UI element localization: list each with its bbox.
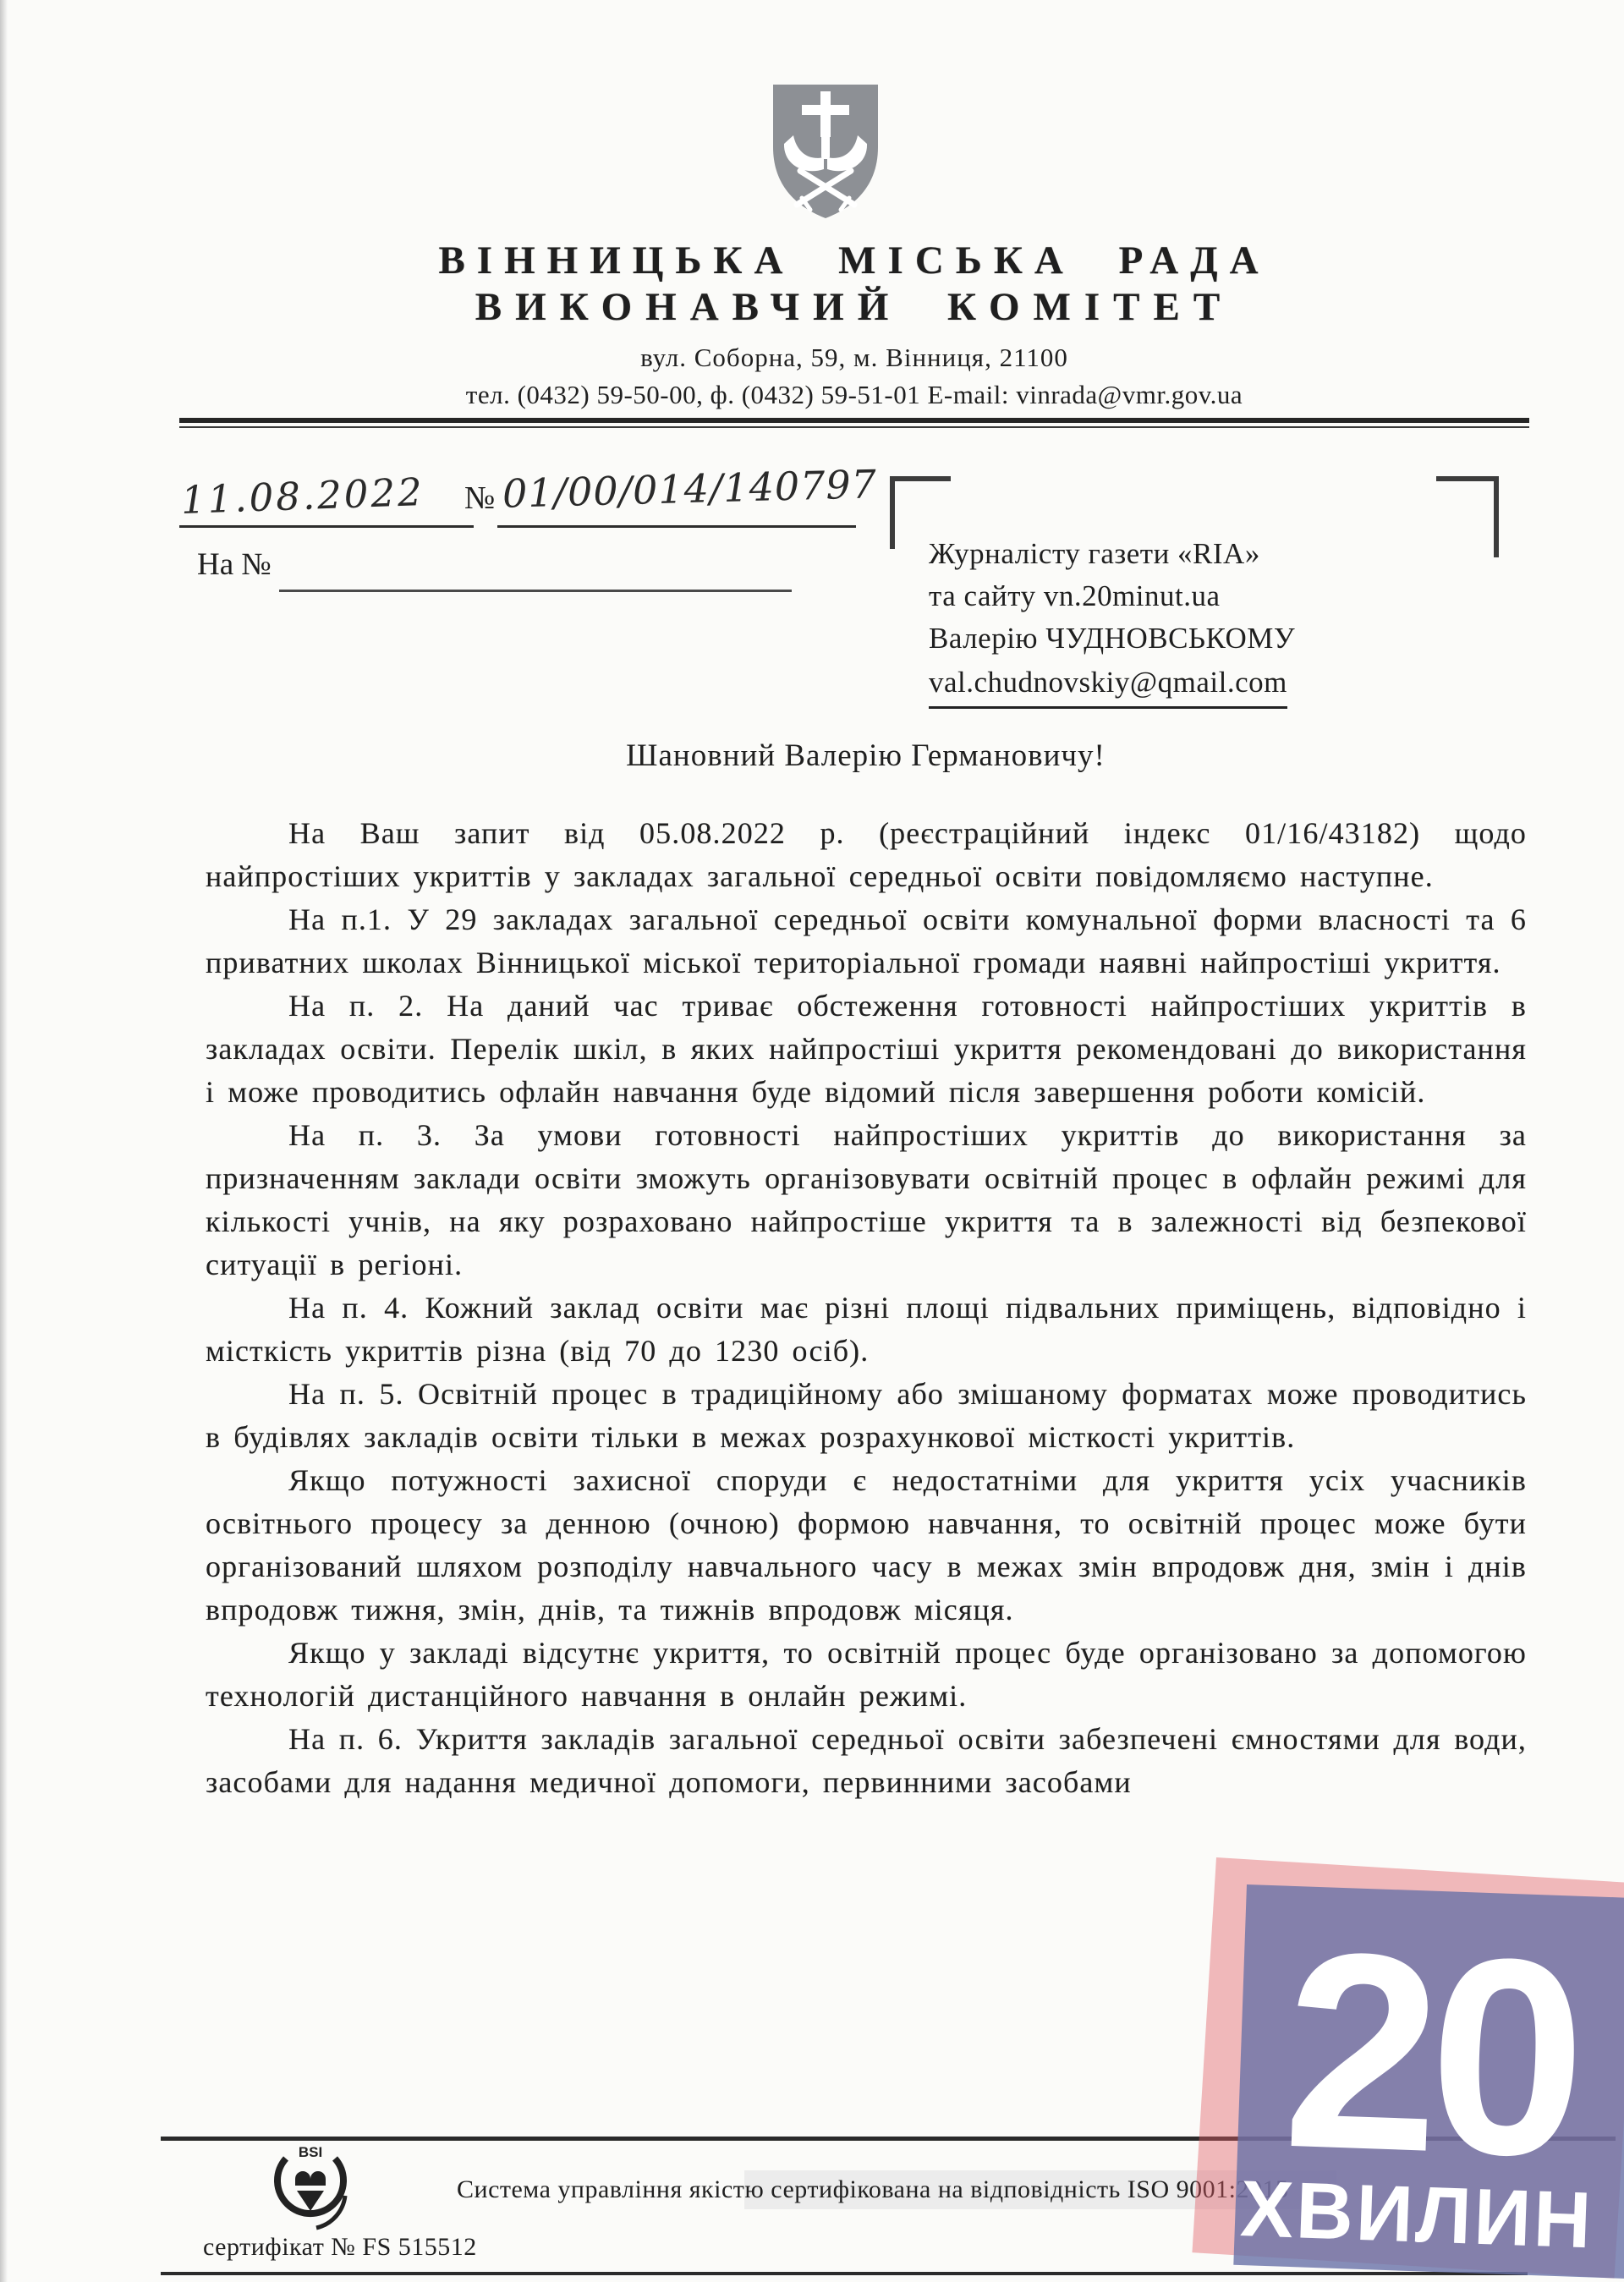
footer-rule-bottom (161, 2272, 1528, 2275)
svg-text:BSI: BSI (299, 2144, 322, 2160)
org-contacts: тел. (0432) 59-50-00, ф. (0432) 59-51-01… (135, 380, 1573, 410)
body-paragraph: На п. 2. На даний час триває обстеження … (206, 985, 1527, 1114)
header-rule-thick (179, 418, 1529, 423)
scanned-letter-page: ВІННИЦЬКА МІСЬКА РАДА ВИКОНАВЧИЙ КОМІТЕТ… (0, 0, 1624, 2282)
org-name-line1: ВІННИЦЬКА МІСЬКА РАДА (135, 238, 1573, 283)
body-paragraph: Якщо потужності захисної споруди є недос… (206, 1459, 1527, 1632)
body-paragraph: На п.1. У 29 закладах загальної середньо… (206, 898, 1527, 985)
addressee-email: val.chudnovskiy@qmail.com (929, 661, 1287, 709)
addressee-block: Журналісту газети «RIA» та сайту vn.20mi… (929, 533, 1453, 709)
org-name-line2: ВИКОНАВЧИЙ КОМІТЕТ (135, 284, 1573, 330)
reply-to-label: На № (197, 546, 272, 583)
salutation: Шановний Валерію Германовичу! (207, 738, 1524, 774)
letter-body: На Ваш запит від 05.08.2022 р. (реєстрац… (206, 812, 1527, 2040)
reply-to-underline (279, 590, 792, 592)
date-underline (179, 525, 474, 528)
addressee-line: Журналісту газети «RIA» (929, 533, 1453, 575)
body-paragraph: На п. 6. Укриття закладів загальної сере… (206, 1718, 1527, 1804)
body-paragraph: На Ваш запит від 05.08.2022 р. (реєстрац… (206, 812, 1527, 898)
20-khvylyn-watermark: 20 ХВИЛИН (1233, 1884, 1624, 2279)
bsi-certification-icon: BSI (267, 2143, 354, 2231)
body-paragraph: На п. 3. За умови готовності найпростіши… (206, 1114, 1527, 1286)
org-postal-address: вул. Соборна, 59, м. Вінниця, 21100 (135, 343, 1573, 373)
body-paragraph: Якщо у закладі відсутнє укриття, то осві… (206, 1632, 1527, 1718)
header-rule-thin (179, 426, 1529, 428)
outgoing-date-handwritten: 11.08.2022 (180, 469, 425, 523)
number-sign: № (464, 480, 495, 517)
body-paragraph: На п. 4. Кожний заклад освіти має різні … (206, 1286, 1527, 1373)
certificate-number: сертифікат № FS 515512 (203, 2233, 477, 2262)
vinnytsia-coat-of-arms-icon (766, 81, 885, 221)
watermark-number: 20 (1280, 1910, 1579, 2199)
iso-certification-text: Система управління якістю сертифікована … (457, 2175, 1288, 2204)
watermark-word: ХВИЛИН (1239, 2169, 1595, 2261)
scan-edge-shadow (0, 0, 8, 2282)
body-paragraph: На п. 5. Освітній процес в традиційному … (206, 1373, 1527, 1459)
outgoing-number-handwritten: 01/00/014/140797 (502, 461, 877, 517)
addressee-line: та сайту vn.20minut.ua (929, 575, 1453, 617)
addressee-line: Валерію ЧУДНОВСЬКОМУ (929, 617, 1453, 660)
number-underline (497, 525, 856, 528)
